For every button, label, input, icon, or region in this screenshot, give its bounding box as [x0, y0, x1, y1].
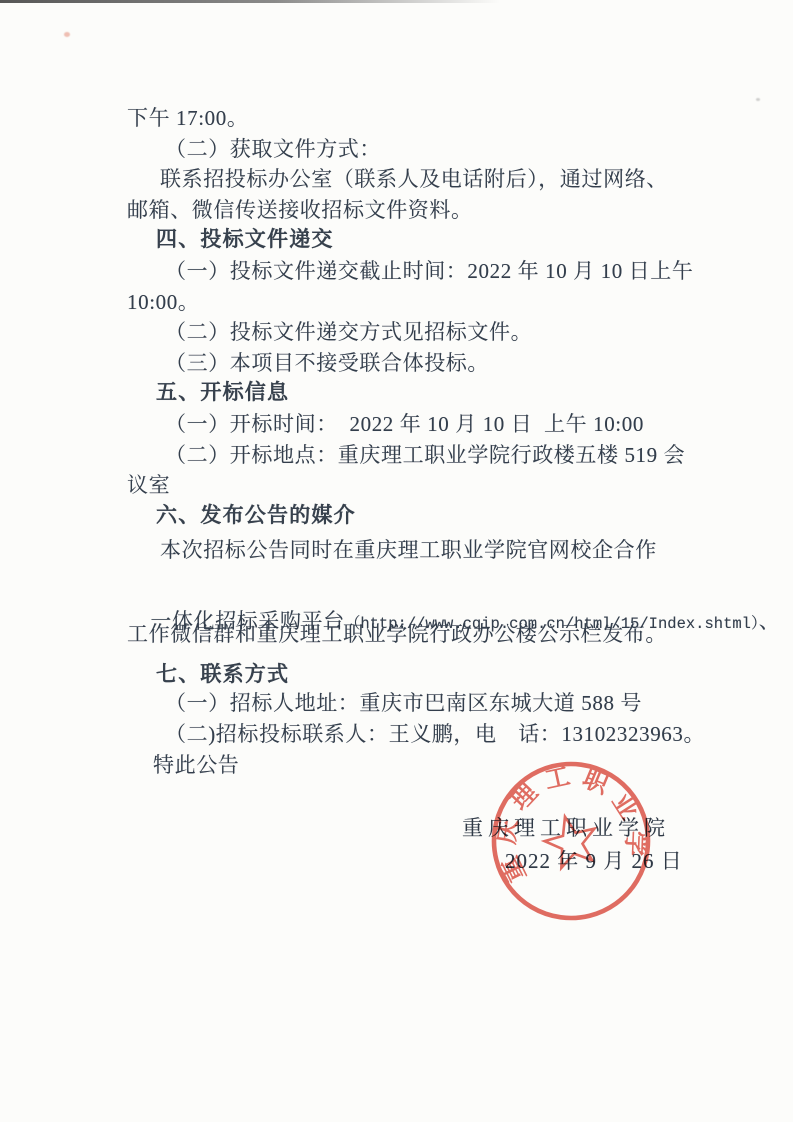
line-submission-deadline: （一）投标文件递交截止时间：2022 年 10 月 10 日上午 — [165, 259, 693, 283]
scan-edge-artifact — [0, 0, 500, 3]
line-contact-person: （二)招标投标联系人：王义鹏，电 话：13102323963。 — [165, 722, 705, 746]
line-opening-location-cont: 议室 — [127, 473, 170, 497]
line-submission-deadline-cont: 10:00。 — [127, 290, 199, 314]
line-bidder-address: （一）招标人地址：重庆市巴南区东城大道 588 号 — [165, 691, 642, 715]
line-submission-method: （二）投标文件递交方式见招标文件。 — [165, 320, 532, 344]
line-announcement-media: 本次招标公告同时在重庆理工职业学院官网校企合作 — [160, 538, 657, 562]
line-notice-end: 特此公告 — [153, 753, 239, 777]
scan-speck — [756, 98, 760, 101]
heading-section-6: 六、发布公告的媒介 — [156, 504, 356, 528]
line-obtain-method: （二）获取文件方式： — [165, 137, 381, 161]
line-deadline-afternoon: 下午 17:00。 — [127, 106, 248, 130]
heading-section-5: 五、开标信息 — [156, 381, 289, 405]
platform-url-suffix: 、 — [759, 609, 781, 633]
heading-section-4: 四、投标文件递交 — [156, 228, 334, 252]
line-opening-time: （一）开标时间： 2022 年 10 月 10 日 上午 10:00 — [165, 412, 644, 436]
line-no-consortium: （三）本项目不接受联合体投标。 — [165, 351, 489, 375]
line-contact-office-cont: 邮箱、微信传送接收招标文件资料。 — [127, 198, 473, 222]
line-contact-office: 联系招投标办公室（联系人及电话附后），通过网络、 — [160, 167, 668, 191]
seal-star-icon — [540, 811, 602, 871]
line-media-cont: 工作微信群和重庆理工职业学院行政办公楼公示栏发布。 — [127, 622, 667, 646]
document-page: 下午 17:00。 （二）获取文件方式： 联系招投标办公室（联系人及电话附后），… — [0, 0, 793, 1122]
official-seal: 重庆理工职业学院 — [486, 756, 656, 926]
scan-speck — [64, 32, 70, 37]
line-opening-location: （二）开标地点：重庆理工职业学院行政楼五楼 519 会 — [165, 443, 685, 467]
heading-section-7: 七、联系方式 — [156, 663, 289, 687]
